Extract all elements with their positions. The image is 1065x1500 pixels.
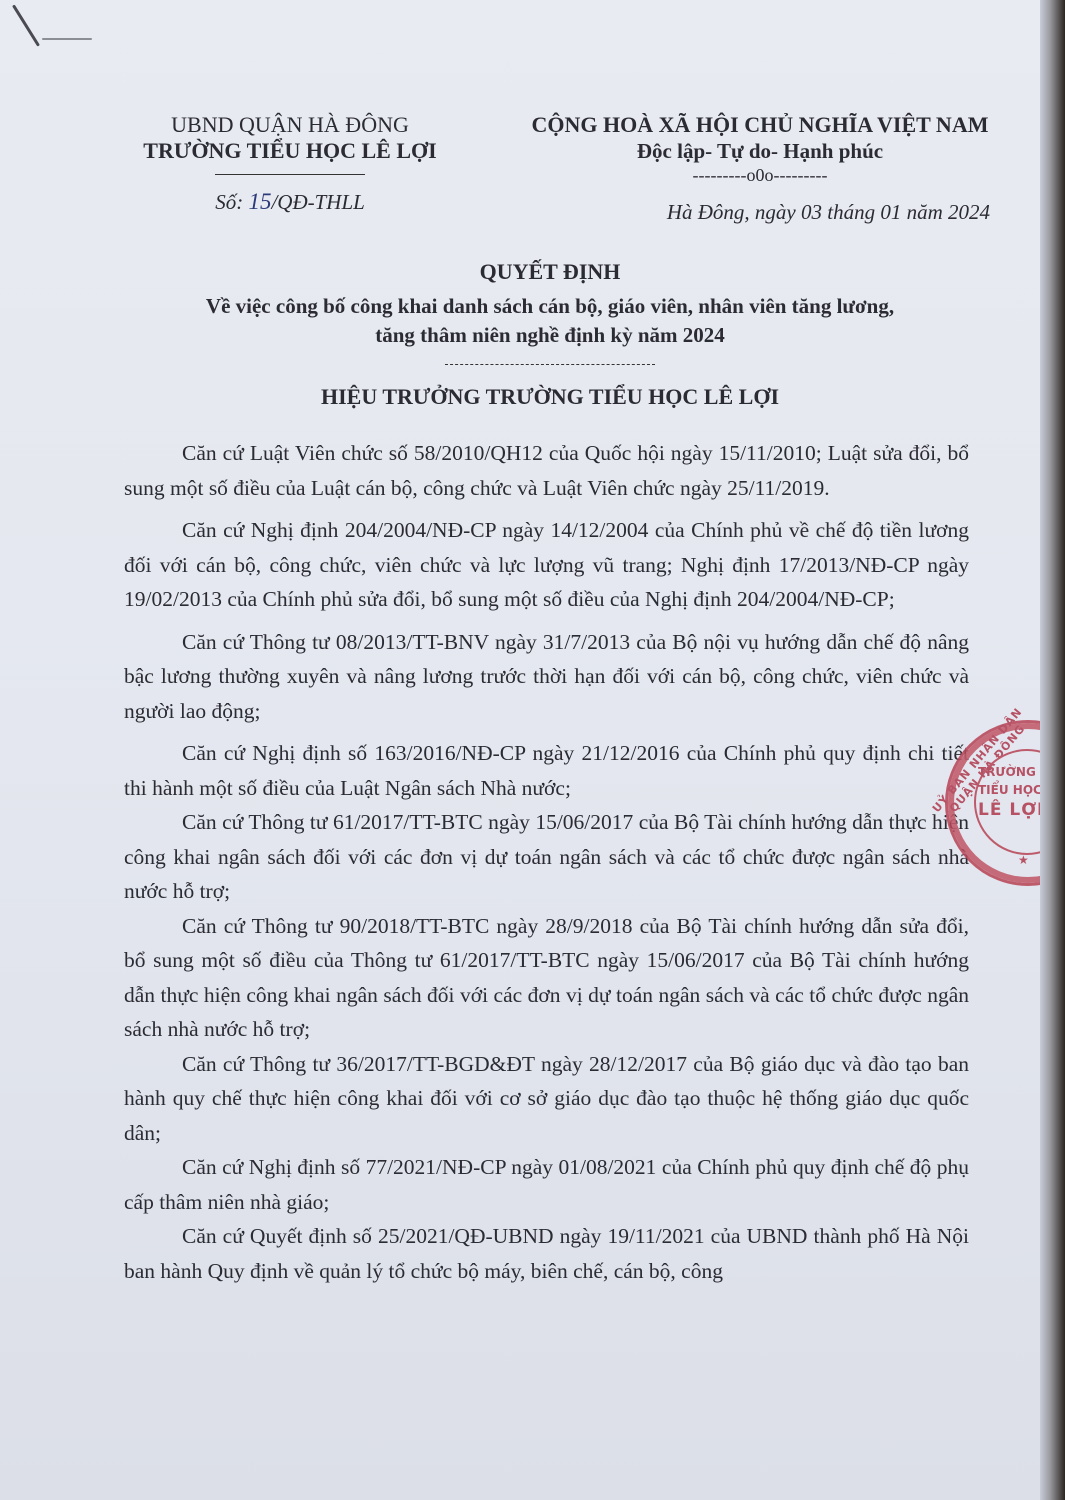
legal-basis-paragraph: Căn cứ Quyết định số 25/2021/QĐ-UBND ngà… [124, 1219, 969, 1288]
document-number: Số: 15/QĐ-THLL [130, 189, 450, 215]
subject-line-2: tăng thâm niên nghề định kỳ năm 2024 [100, 321, 1000, 350]
legal-basis-paragraph: Căn cứ Nghị định 204/2004/NĐ-CP ngày 14/… [124, 513, 969, 617]
national-heading-block: CỘNG HOÀ XÃ HỘI CHỦ NGHĨA VIỆT NAM Độc l… [500, 112, 1020, 225]
parent-organization: UBND QUẬN HÀ ĐÔNG [130, 112, 450, 138]
legal-basis-paragraph: Căn cứ Nghị định số 77/2021/NĐ-CP ngày 0… [124, 1150, 969, 1219]
legal-basis-paragraph: Căn cứ Luật Viên chức số 58/2010/QH12 củ… [124, 436, 969, 505]
star-icon: ★ [1018, 853, 1029, 868]
national-motto: Độc lập- Tự do- Hạnh phúc [500, 138, 1020, 164]
subject-line-1: Về việc công bố công khai danh sách cán … [100, 292, 1000, 321]
place-and-date: Hà Đông, ngày 03 tháng 01 năm 2024 [500, 200, 1020, 225]
ornament-divider: ---------o0o--------- [500, 164, 1020, 186]
title-block: QUYẾT ĐỊNH Về việc công bố công khai dan… [100, 258, 1000, 411]
organization-name: TRƯỜNG TIỂU HỌC LÊ LỢI [130, 138, 450, 164]
number-prefix: Số: [215, 190, 248, 214]
document-subject: Về việc công bố công khai danh sách cán … [100, 292, 1000, 350]
document-body: Căn cứ Luật Viên chức số 58/2010/QH12 củ… [124, 436, 969, 1288]
divider [215, 174, 365, 175]
national-title: CỘNG HOÀ XÃ HỘI CHỦ NGHĨA VIỆT NAM [500, 112, 1020, 138]
document-page: UBND QUẬN HÀ ĐÔNG TRƯỜNG TIỂU HỌC LÊ LỢI… [0, 0, 1040, 1500]
legal-basis-paragraph: Căn cứ Thông tư 61/2017/TT-BTC ngày 15/0… [124, 805, 969, 909]
document-type: QUYẾT ĐỊNH [100, 258, 1000, 286]
legal-basis-paragraph: Căn cứ Thông tư 08/2013/TT-BNV ngày 31/7… [124, 625, 969, 729]
page-edge-shadow [1040, 0, 1065, 1500]
number-suffix: /QĐ-THLL [271, 190, 364, 214]
issuing-authority: HIỆU TRƯỞNG TRƯỜNG TIỂU HỌC LÊ LỢI [100, 383, 1000, 411]
staple-mark [12, 6, 72, 46]
legal-basis-paragraph: Căn cứ Thông tư 90/2018/TT-BTC ngày 28/9… [124, 909, 969, 1047]
legal-basis-paragraph: Căn cứ Thông tư 36/2017/TT-BGD&ĐT ngày 2… [124, 1047, 969, 1151]
issuing-agency-block: UBND QUẬN HÀ ĐÔNG TRƯỜNG TIỂU HỌC LÊ LỢI… [130, 112, 450, 215]
divider [445, 364, 655, 365]
handwritten-number: 15 [248, 189, 271, 214]
legal-basis-paragraph: Căn cứ Nghị định số 163/2016/NĐ-CP ngày … [124, 736, 969, 805]
